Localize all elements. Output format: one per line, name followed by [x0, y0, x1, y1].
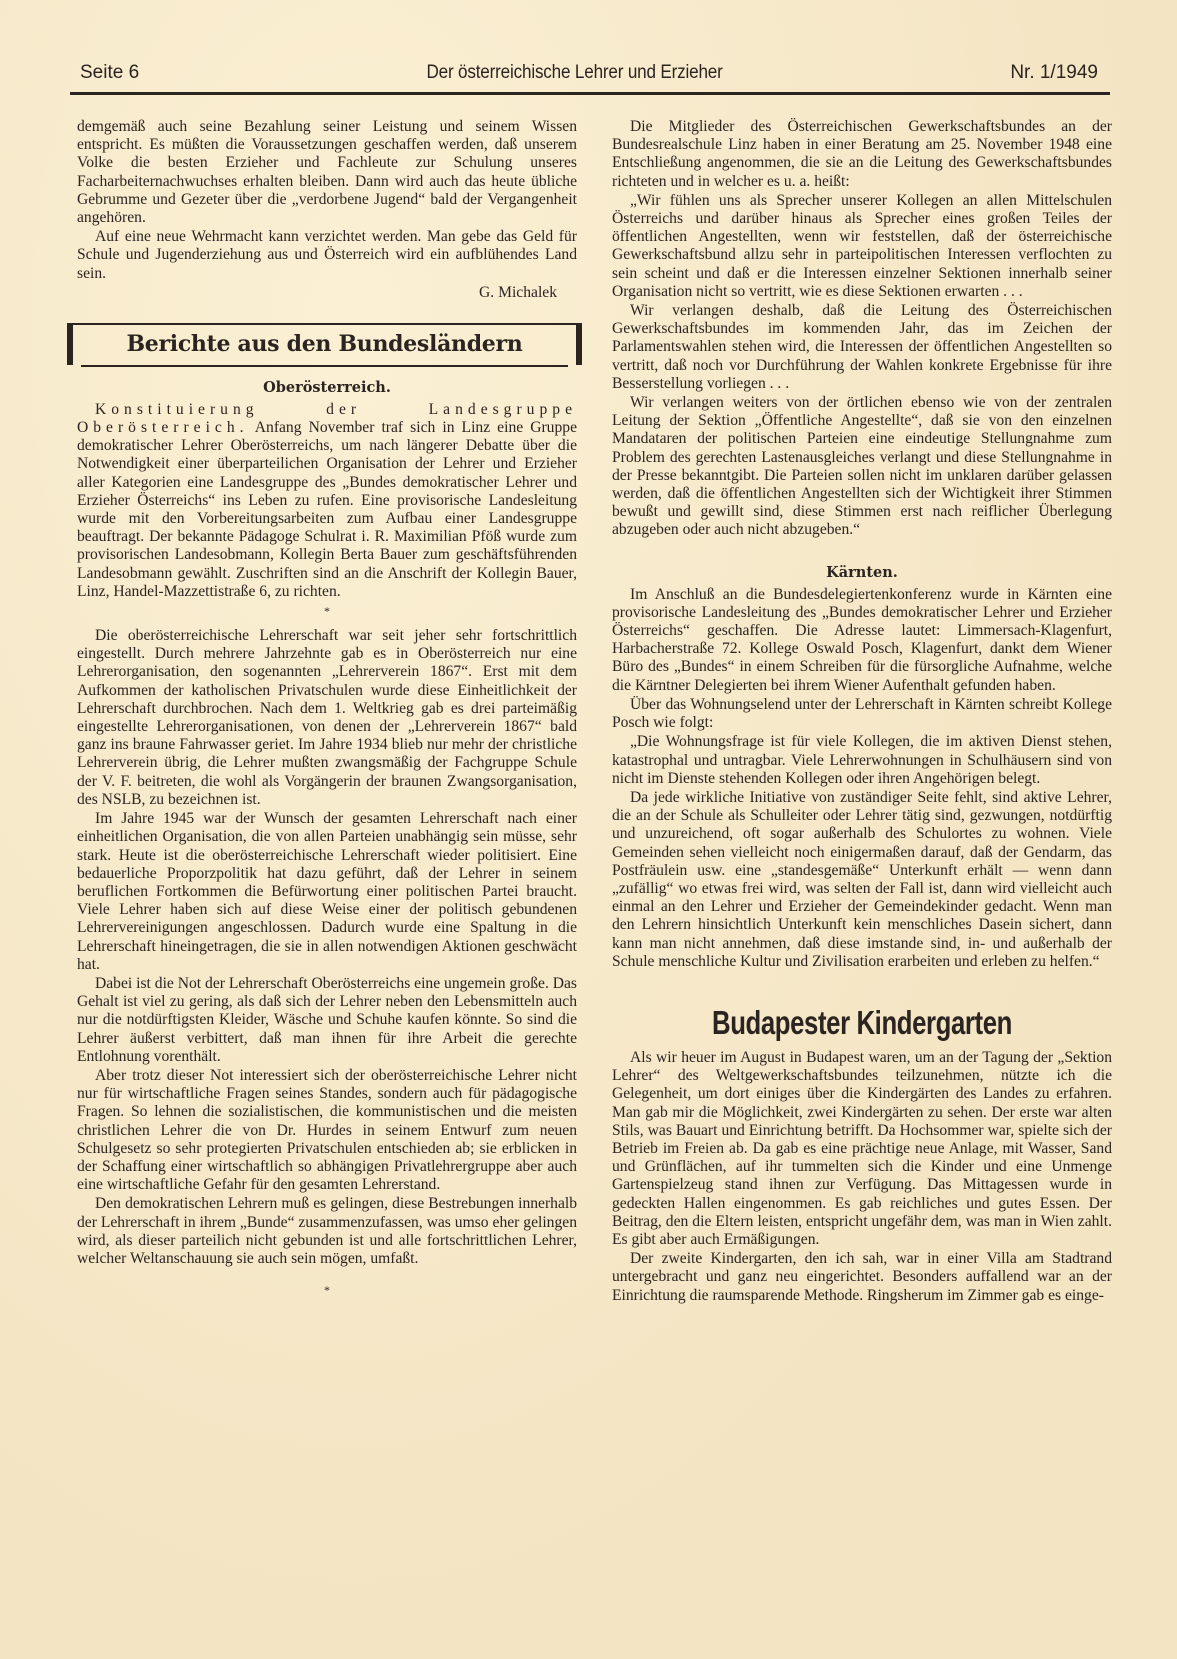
header-rule — [70, 92, 1110, 95]
article-continuation-paragraph: demgemäß auch seine Bezahlung seiner Lei… — [77, 118, 577, 227]
resolution-quote-paragraph: Wir verlangen deshalb, daß die Leitung d… — [612, 302, 1112, 393]
report-quote-paragraph: „Die Wohnungsfrage ist für viele Kollege… — [612, 733, 1112, 788]
report-paragraph: Über das Wohnungselend unter der Lehrers… — [612, 696, 1112, 732]
publication-title: Der österreichische Lehrer und Erzieher — [427, 62, 723, 84]
report-paragraph: Die oberösterreichische Lehrerschaft war… — [77, 627, 577, 809]
resolution-paragraph: Die Mitglieder des Österreichischen Gewe… — [612, 118, 1112, 191]
section-box-left-bar — [67, 325, 73, 365]
page-number: Seite 6 — [80, 62, 139, 84]
end-asterisk-separator: * — [77, 1282, 577, 1298]
section-box-bottom-rule — [81, 365, 568, 367]
report-paragraph: Dabei ist die Not der Lehrerschaft Oberö… — [77, 975, 577, 1066]
asterisk-separator: * — [77, 603, 577, 619]
resolution-quote-paragraph: Wir verlangen weiters von der örtlichen … — [612, 394, 1112, 540]
article-paragraph: Der zweite Kindergarten, den ich sah, wa… — [612, 1250, 1112, 1305]
article-paragraph: Als wir heuer im August in Budapest ware… — [612, 1049, 1112, 1249]
report-lead-paragraph: Konstituierung der Landesgruppe Oberöste… — [77, 401, 577, 601]
page-header: Seite 6 Der österreichische Lehrer und E… — [80, 62, 1098, 90]
section-box-right-bar — [576, 325, 582, 365]
section-title: Berichte aus den Bundesländern — [67, 325, 582, 363]
subsection-heading: Kärnten. — [612, 562, 1112, 584]
left-column: demgemäß auch seine Bezahlung seiner Lei… — [77, 118, 577, 1306]
report-paragraph: Den demokratischen Lehrern muß es geling… — [77, 1195, 577, 1268]
report-quote-paragraph: Da jede wirkliche Initiative von zuständ… — [612, 789, 1112, 971]
lead-body-text: Anfang November traf sich in Linz eine G… — [77, 419, 577, 600]
newspaper-page: Seite 6 Der österreichische Lehrer und E… — [0, 0, 1177, 1659]
report-paragraph: Im Jahre 1945 war der Wunsch der gesamte… — [77, 810, 577, 974]
article-continuation-paragraph: Auf eine neue Wehrmacht kann verzichtet … — [77, 228, 577, 283]
subsection-heading: Oberösterreich. — [77, 377, 577, 399]
section-header-box: Berichte aus den Bundesländern — [67, 323, 582, 371]
author-signature: G. Michalek — [77, 283, 577, 303]
right-column: Die Mitglieder des Österreichischen Gewe… — [612, 118, 1112, 1305]
report-paragraph: Im Anschluß an die Bundesdelegiertenkonf… — [612, 586, 1112, 695]
issue-number: Nr. 1/1949 — [1010, 62, 1098, 84]
report-paragraph: Aber trotz dieser Not interessiert sich … — [77, 1067, 577, 1194]
resolution-quote-paragraph: „Wir fühlen uns als Sprecher unserer Kol… — [612, 192, 1112, 301]
article-title: Budapester Kindergarten — [667, 1001, 1057, 1045]
